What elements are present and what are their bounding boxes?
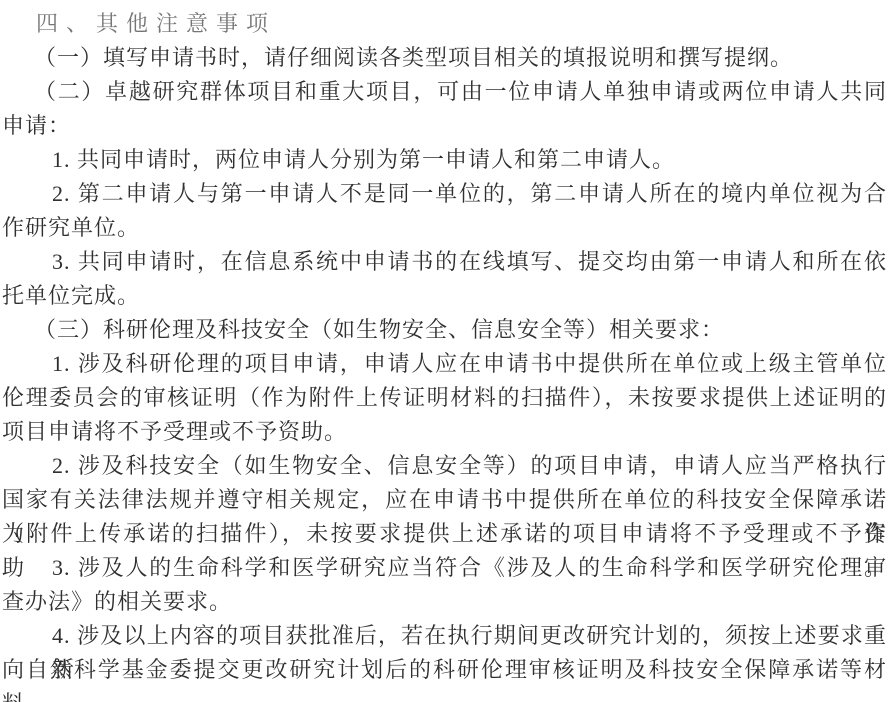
doc-line-sub-1: 1. 共同申请时，两位申请人分别为第一申请人和第二申请人。 xyxy=(2,143,887,177)
section-heading: 四、其他注意事项 xyxy=(2,7,887,41)
doc-line-ethics-3: 3. 涉及人的生命科学和医学研究应当符合《涉及人的生命科学和医学研究伦理审 xyxy=(2,551,887,585)
doc-line-ethics-2: 2. 涉及科技安全（如生物安全、信息安全等）的项目申请，申请人应当严格执行 xyxy=(2,449,887,483)
doc-line-sub-2: 2. 第二申请人与第一申请人不是同一单位的，第二申请人所在的境内单位视为合 xyxy=(2,177,887,211)
doc-line-item-1: （一）填写申请书时，请仔细阅读各类型项目相关的填报说明和撰写提纲。 xyxy=(2,41,887,75)
doc-line-ethics-4: 4. 涉及以上内容的项目获批准后，若在执行期间更改研究计划的，须按上述要求重新 xyxy=(2,619,887,653)
doc-line-sub-3: 3. 共同申请时，在信息系统中申请书的在线填写、提交均由第一申请人和所在依 xyxy=(2,245,887,279)
doc-line-item-3: （三）科研伦理及科技安全（如生物安全、信息安全等）相关要求： xyxy=(2,313,887,347)
doc-line-sub-3-cont: 托单位完成。 xyxy=(2,279,887,313)
doc-line-sub-2-cont: 作研究单位。 xyxy=(2,211,887,245)
doc-line-ethics-3-cont: 查办法》的相关要求。 xyxy=(2,585,887,619)
doc-line-ethics-1-cont: 伦理委员会的审核证明（作为附件上传证明材料的扫描件），未按要求提供上述证明的 xyxy=(2,381,887,415)
doc-line-ethics-4-cont: 向自然科学基金委提交更改研究计划后的科研伦理审核证明及科技安全保障承诺等材料。 xyxy=(2,653,887,687)
doc-line-item-2-cont: 申请： xyxy=(2,109,887,143)
doc-line-ethics-1-end: 项目申请将不予受理或不予资助。 xyxy=(2,415,887,449)
document-page: 四、其他注意事项 （一）填写申请书时，请仔细阅读各类型项目相关的填报说明和撰写提… xyxy=(0,0,889,702)
doc-line-ethics-2-cont: 国家有关法律法规并遵守相关规定，应在申请书中提供所在单位的科技安全保障承诺（作 xyxy=(2,483,887,517)
doc-line-item-2: （二）卓越研究群体项目和重大项目，可由一位申请人单独申请或两位申请人共同 xyxy=(2,75,887,109)
doc-line-ethics-1: 1. 涉及科研伦理的项目申请，申请人应在申请书中提供所在单位或上级主管单位 xyxy=(2,347,887,381)
doc-line-ethics-2-end: 为附件上传承诺的扫描件），未按要求提供上述承诺的项目申请将不予受理或不予资助。 xyxy=(2,517,887,551)
